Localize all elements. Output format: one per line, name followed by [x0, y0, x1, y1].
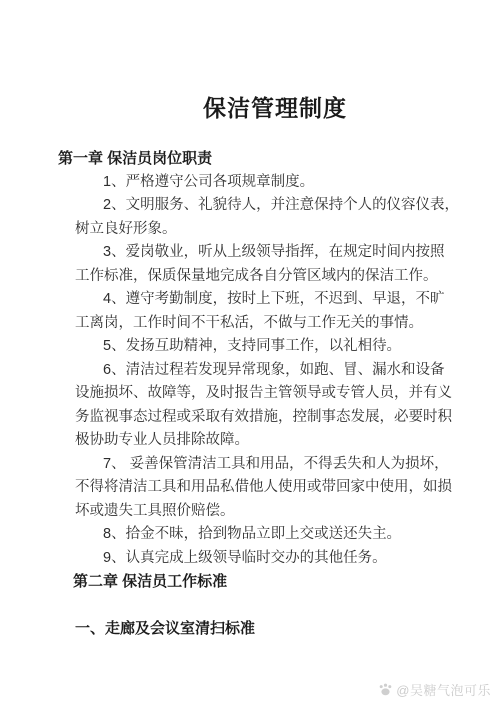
- document-page: 保洁管理制度 第一章 保洁员岗位职责 1、严格遵守公司各项规章制度。 2、文明服…: [0, 0, 500, 707]
- watermark-handle: @吴糖气泡可乐: [396, 680, 491, 699]
- blank-line: [0, 594, 500, 618]
- section-1-subheading: 一、走廊及会议室清扫标准: [0, 617, 500, 641]
- document-title: 保洁管理制度: [25, 90, 500, 123]
- paragraph-line: 务监视事态过程或采取有效措施，控制事态发展，必要时积: [0, 406, 500, 430]
- paragraph-line: 4、遵守考勤制度，按时上下班，不迟到、早退，不旷: [0, 288, 500, 312]
- paw-logo-icon: [378, 682, 393, 697]
- paragraph-line: 坏或遗失工具照价赔偿。: [0, 500, 500, 524]
- watermark: @吴糖气泡可乐: [378, 680, 491, 699]
- paragraph-line: 3、爱岗敬业，听从上级领导指挥，在规定时间内按照: [0, 241, 500, 265]
- paragraph-line: 5、发扬互助精神，支持同事工作，以礼相待。: [0, 335, 500, 359]
- paragraph-line: 设施损坏、故障等，及时报告主管领导或专管人员，并有义: [0, 382, 500, 406]
- paragraph-line: 树立良好形象。: [0, 218, 500, 242]
- chapter-2-heading: 第二章 保洁员工作标准: [0, 570, 500, 594]
- paragraph-line: 6、清洁过程若发现异常现象，如跑、冒、漏水和设备: [0, 359, 500, 383]
- paragraph-line: 工作标准，保质保量地完成各自分管区域内的保洁工作。: [0, 265, 500, 289]
- chapter-1-heading: 第一章 保洁员岗位职责: [0, 147, 500, 171]
- paragraph-line: 不得将清洁工具和用品私借他人使用或带回家中使用，如损: [0, 476, 500, 500]
- document-body: 第一章 保洁员岗位职责 1、严格遵守公司各项规章制度。 2、文明服务、礼貌待人，…: [0, 147, 500, 641]
- paragraph-line: 工离岗，工作时间不干私活，不做与工作无关的事情。: [0, 312, 500, 336]
- paragraph-line: 9、认真完成上级领导临时交办的其他任务。: [0, 547, 500, 571]
- paragraph-line: 8、拾金不昧，拾到物品立即上交或送还失主。: [0, 523, 500, 547]
- paragraph-line: 极协助专业人员排除故障。: [0, 429, 500, 453]
- paragraph-line: 7、 妥善保管清洁工具和用品，不得丢失和人为损坏，: [0, 453, 500, 477]
- paragraph-line: 1、严格遵守公司各项规章制度。: [0, 171, 500, 195]
- paragraph-line: 2、文明服务、礼貌待人，并注意保持个人的仪容仪表，: [0, 194, 500, 218]
